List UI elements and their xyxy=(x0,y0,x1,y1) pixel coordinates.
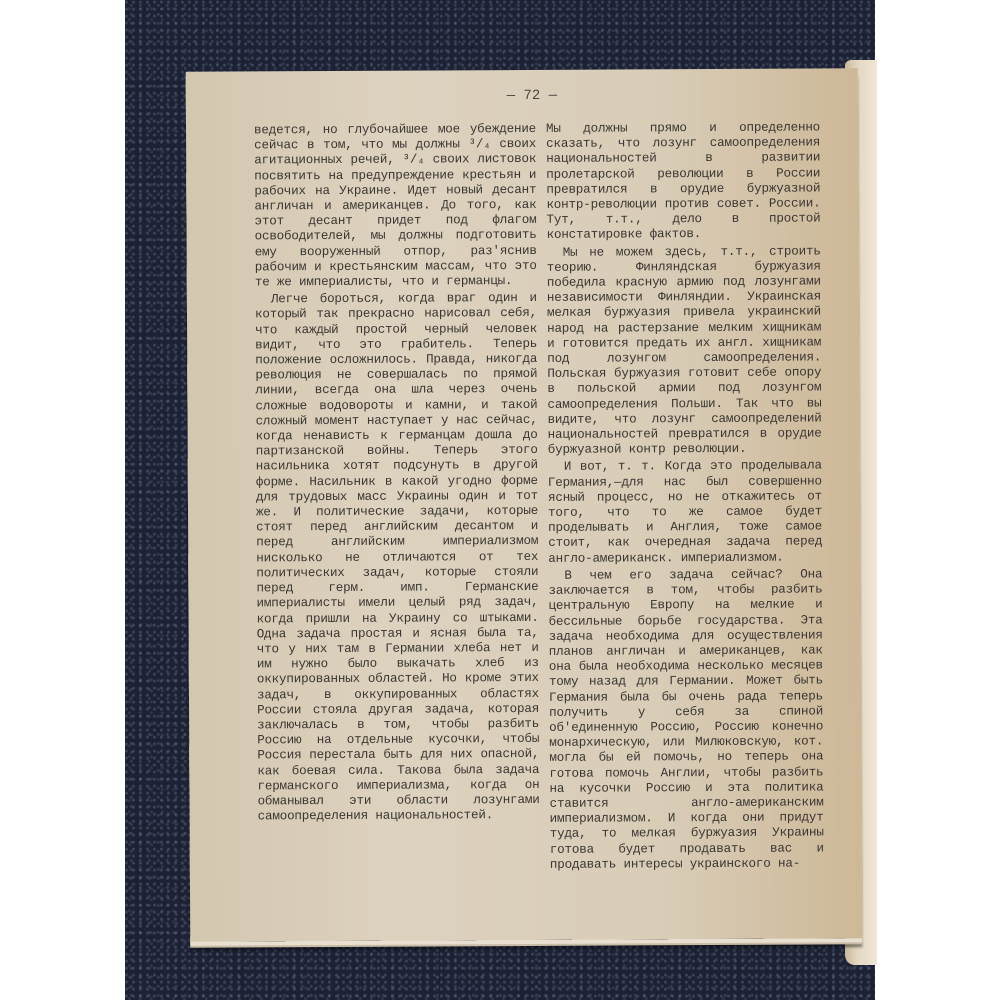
right-column: Мы должны прямо и определенно сказать, ч… xyxy=(546,120,824,874)
paragraph: В чем его задача сейчас? Она заключается… xyxy=(548,567,824,872)
paragraph: Мы должны прямо и определенно сказать, ч… xyxy=(546,120,821,243)
paragraph: ведется, но глубочайшее мое убеждение се… xyxy=(254,122,537,291)
paragraph: Мы не можем здесь, т.т., строить теорию.… xyxy=(547,244,822,458)
paragraph: Легче бороться, когда враг один и которы… xyxy=(255,291,540,825)
book-page: — 72 — ведется, но глубочайшее мое убежд… xyxy=(186,68,863,942)
paragraph: И вот, т. т. Когда это проделывала Герма… xyxy=(548,459,823,567)
left-column: ведется, но глубочайшее мое убеждение се… xyxy=(254,122,540,827)
page-number: — 72 — xyxy=(206,86,858,105)
